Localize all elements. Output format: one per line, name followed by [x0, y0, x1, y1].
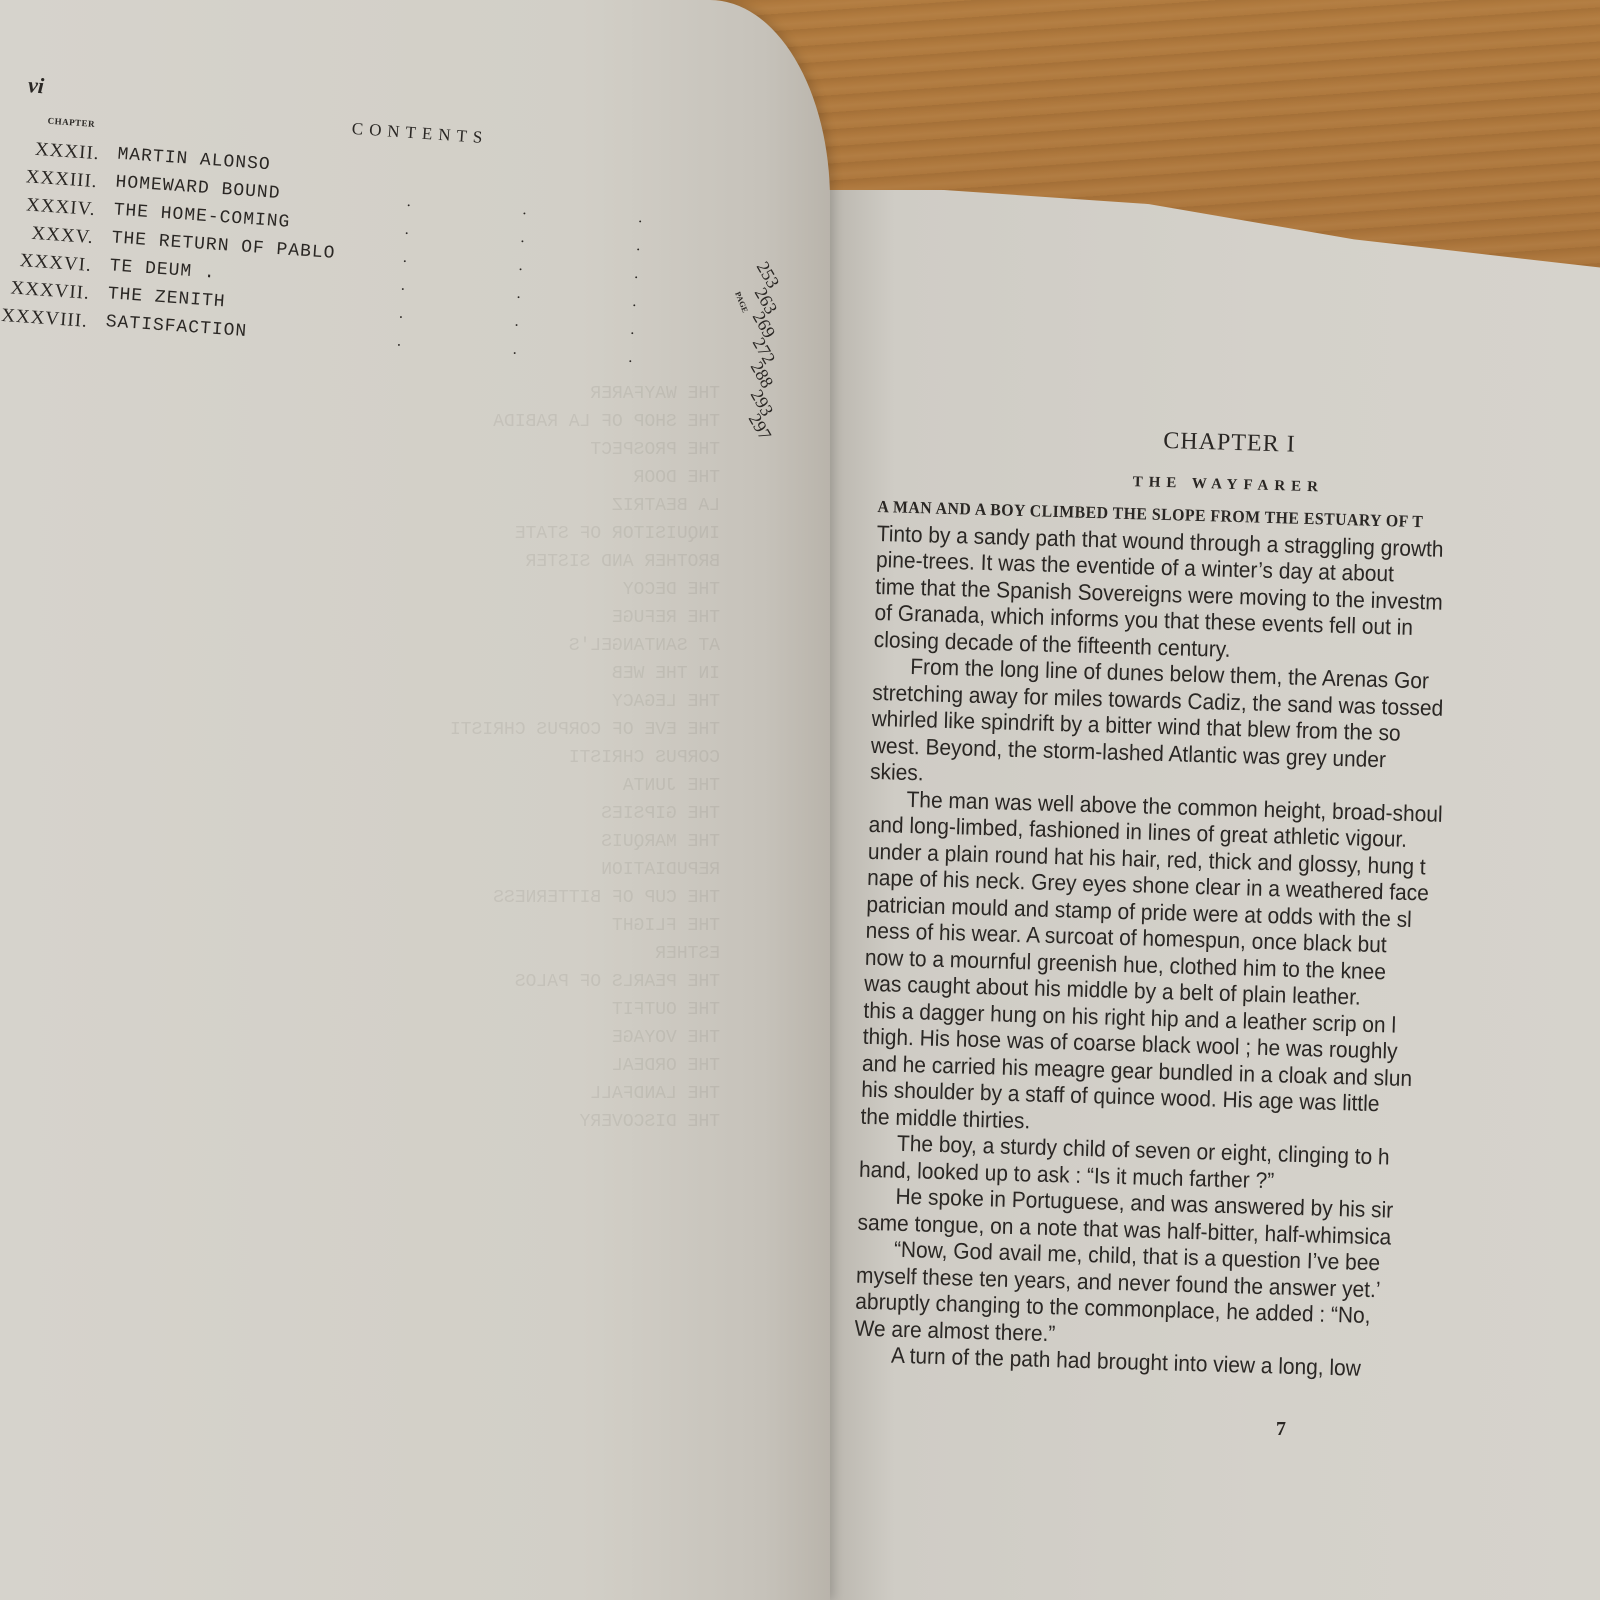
- toc-chapter-number: XXXVI.: [19, 250, 92, 277]
- toc-chapter-title: MARTIN ALONSO: [117, 145, 271, 176]
- toc-chapter-number: XXXV.: [31, 223, 95, 249]
- chapter-column-label: CHAPTER: [47, 116, 95, 129]
- left-page-contents: THE WAYFARERTHE SHOP OF LA RABIDATHE PRO…: [0, 0, 830, 1600]
- contents-block: vi CONTENTS CHAPTER PAGE XXXII. MARTIN A…: [0, 0, 828, 656]
- contents-heading: CONTENTS: [351, 119, 489, 148]
- toc-chapter-number: XXXIII.: [25, 166, 98, 193]
- toc-chapter-number: XXXVIII.: [1, 305, 89, 333]
- page-number-left: vi: [27, 72, 45, 99]
- toc-chapter-number: XXXVII.: [10, 277, 91, 304]
- chapter-heading: CHAPTER I: [1119, 427, 1340, 460]
- chapter-body: CHAPTER I THE WAYFARER A MAN AND A BOY C…: [854, 420, 1600, 1388]
- chapter-title: THE WAYFARER: [1068, 472, 1388, 498]
- page-number-right: 7: [1276, 1418, 1286, 1441]
- chapter-text: A MAN AND A BOY CLIMBED THE SLOPE FROM T…: [854, 494, 1600, 1388]
- toc-chapter-number: XXXII.: [34, 139, 100, 165]
- toc-chapter-number: XXXIV.: [25, 194, 96, 221]
